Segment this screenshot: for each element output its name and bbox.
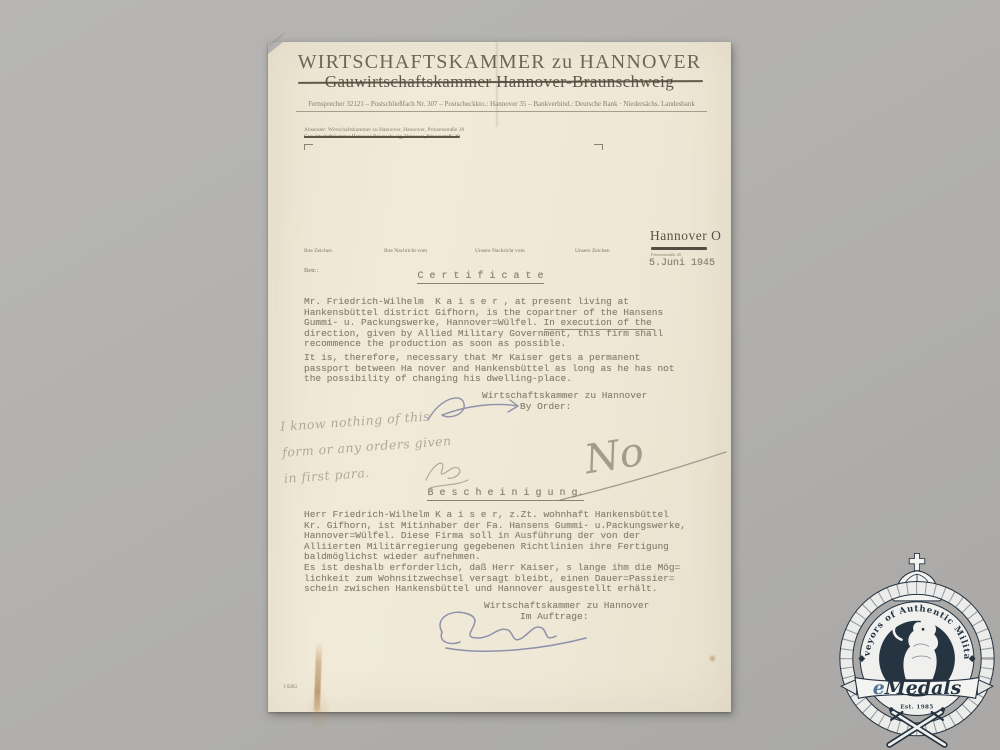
certificate-paragraph-2: It is, therefore, necessary that Mr Kais…: [304, 353, 706, 385]
emedals-watermark: Purveyors of Authentic Militaria eMedals…: [828, 550, 1000, 750]
brand-banner: eMedals: [841, 677, 993, 699]
brand-name: eMedals: [873, 677, 962, 699]
bescheinigung-heading: B e s c h e i n i g u n g.: [280, 488, 731, 499]
struck-address-bar: [651, 247, 707, 250]
photo-scene: WIRTSCHAFTSKAMMER zu HANNOVER Gauwirtsch…: [0, 0, 1000, 750]
ref-label-unsere-nachricht: Unsere Nachricht vom: [475, 248, 525, 254]
typed-date: 5.Juni 1945: [649, 258, 715, 269]
ink-signature-lower: [428, 598, 598, 658]
paper-stain-blotch: [306, 690, 332, 734]
certificate-paragraph-1: Mr. Friedrich-Wilhelm K a i s e r , at p…: [304, 297, 706, 350]
certificate-heading-text: C e r t i f i c a t e: [417, 271, 543, 284]
certificate-heading: C e r t i f i c a t e: [268, 271, 693, 282]
small-address: Prinzenstraße 20: [651, 252, 681, 257]
paper-crease: [496, 42, 498, 127]
address-window-mark-right: [594, 144, 603, 150]
pencil-no-text: No: [580, 429, 647, 484]
bescheinigung-paragraph: Herr Friedrich-Wilhelm K a i s e r, z.Zt…: [304, 510, 708, 595]
address-window-mark-left: [304, 144, 313, 150]
rust-spot: [709, 654, 716, 663]
document-sheet: WIRTSCHAFTSKAMMER zu HANNOVER Gauwirtsch…: [268, 42, 731, 712]
letterhead-rule: [296, 111, 707, 112]
ref-label-ihre-zeichen: Ihre Zeichen: [304, 248, 332, 254]
form-number: f 6203: [284, 685, 297, 690]
sender-struck-line: Gauwirtschaftskammer Hannover-Braunschwe…: [304, 135, 460, 140]
sender-line: Absender: Wirtschaftskammer zu Hannover,…: [304, 127, 464, 133]
ref-label-ihre-nachricht: Ihre Nachricht vom: [384, 248, 427, 254]
bescheinigung-heading-text: B e s c h e i n i g u n g.: [427, 488, 583, 501]
city-line: Hannover O: [650, 228, 721, 244]
letterhead-contact-line: Fernsprecher 32121 – Postschließfach Nr.…: [296, 100, 707, 108]
letterhead-title: WIRTSCHAFTSKAMMER zu HANNOVER: [268, 51, 731, 74]
typed-underline: [544, 329, 654, 330]
established-text: Est. 1985: [900, 705, 933, 711]
ref-label-unsere-zeichen: Unsere Zeichen: [575, 248, 610, 254]
